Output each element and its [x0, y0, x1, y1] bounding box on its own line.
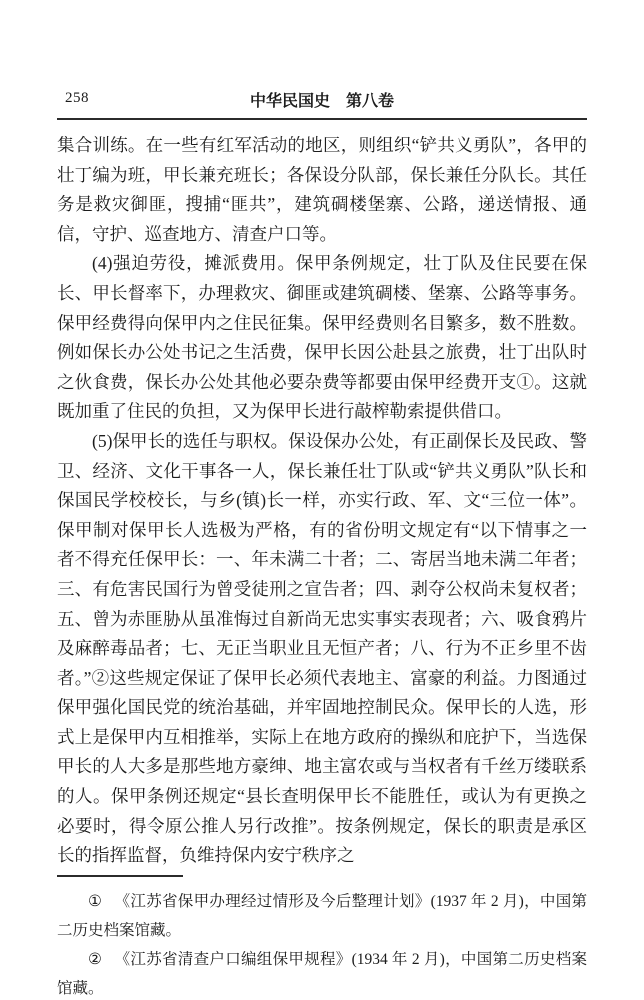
body-text: 集合训练。在一些有红军活动的地区，则组织“铲共义勇队”，各甲的壮丁编为班，甲长兼…	[57, 131, 587, 871]
footnote-marker-1: ①	[88, 893, 102, 910]
footnote-item-2: ②《江苏省清查户口编组保甲规程》(1934 年 2 月)，中国第二历史档案馆藏。	[57, 945, 587, 1000]
footnote-marker-2: ②	[88, 951, 102, 968]
paragraph-continuation: 集合训练。在一些有红军活动的地区，则组织“铲共义勇队”，各甲的壮丁编为班，甲长兼…	[57, 131, 587, 249]
page-header: 258 中华民国史 第八卷	[57, 88, 587, 110]
header-rule	[57, 118, 587, 120]
book-page: 258 中华民国史 第八卷 集合训练。在一些有红军活动的地区，则组织“铲共义勇队…	[0, 0, 644, 1000]
paragraph-item-4: (4)强迫劳役，摊派费用。保甲条例规定，壮丁队及住民要在保长、甲长督率下，办理救…	[57, 249, 587, 427]
page-number: 258	[65, 90, 89, 107]
footnote-item-1: ①《江苏省保甲办理经过情形及今后整理计划》(1937 年 2 月)，中国第二历史…	[57, 887, 587, 945]
footnotes: ①《江苏省保甲办理经过情形及今后整理计划》(1937 年 2 月)，中国第二历史…	[57, 887, 587, 1000]
footnote-text-1: 《江苏省保甲办理经过情形及今后整理计划》(1937 年 2 月)，中国第二历史档…	[57, 893, 587, 939]
paragraph-item-5: (5)保甲长的选任与职权。保设保办公处，有正副保长及民政、警卫、经济、文化干事各…	[57, 427, 587, 871]
footnote-separator	[57, 875, 183, 877]
running-title: 中华民国史 第八卷	[57, 88, 587, 111]
footnote-text-2: 《江苏省清查户口编组保甲规程》(1934 年 2 月)，中国第二历史档案馆藏。	[57, 951, 587, 997]
